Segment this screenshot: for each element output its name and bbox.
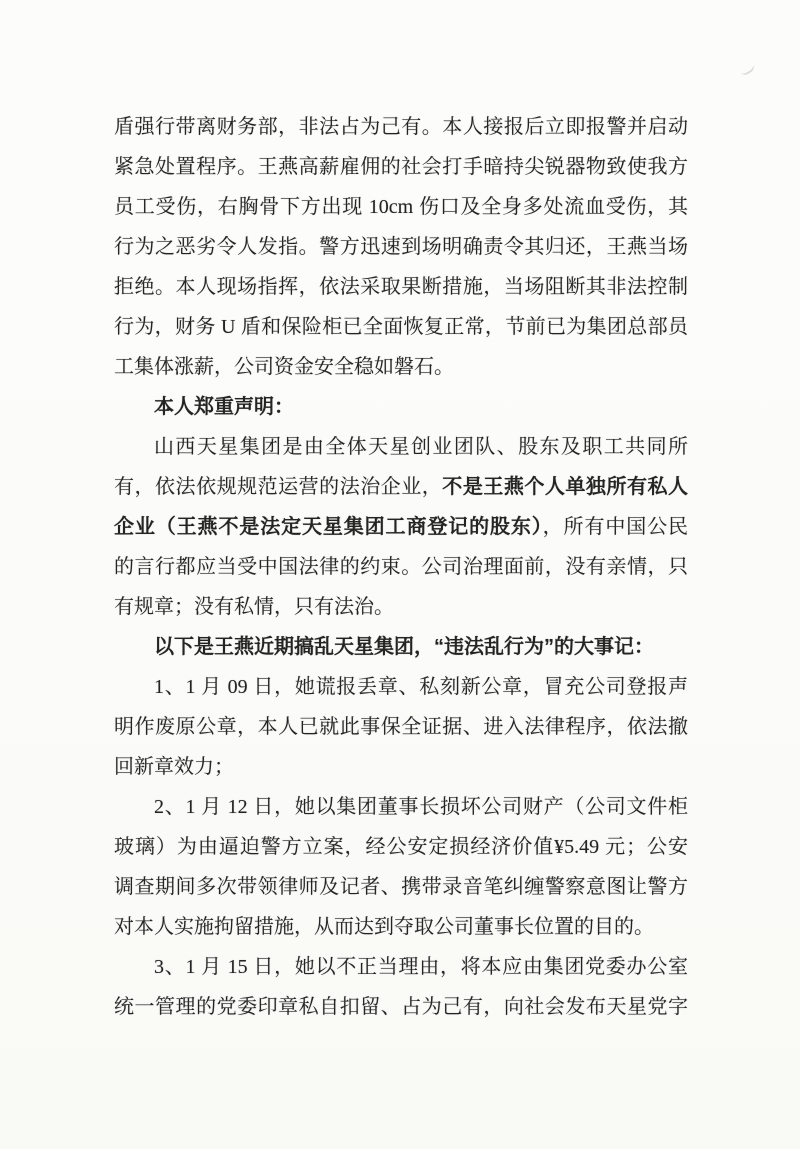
text-line: 盾强行带离财务部，非法占为己有。本人接报后立即报警并启动 bbox=[114, 107, 688, 147]
text-segment: 1、1 月 09 日，她谎报丢章、私刻新公章，冒充公司登报声 bbox=[154, 676, 688, 698]
bold-text-segment: 以下是王燕近期搞乱天星集团，“违法乱行为”的大事记： bbox=[154, 636, 654, 658]
text-line: 有规章；没有私情，只有法治。 bbox=[114, 587, 688, 627]
scratch-artifact bbox=[737, 59, 756, 77]
bold-text-segment: 不是王燕个人单独所有私人 bbox=[442, 476, 688, 498]
text-segment: 拒绝。本人现场指挥，依法采取果断措施，当场阻断其非法控制 bbox=[114, 276, 688, 298]
text-segment: 3、1 月 15 日，她以不正当理由，将本应由集团党委办公室 bbox=[154, 956, 688, 978]
text-line: 明作废原公章，本人已就此事保全证据、进入法律程序，依法撤 bbox=[114, 707, 688, 747]
text-segment: 员工受伤，右胸骨下方出现 10cm 伤口及全身多处流血受伤，其 bbox=[114, 196, 688, 218]
text-line: 的言行都应当受中国法律的约束。公司治理面前，没有亲情，只 bbox=[114, 547, 688, 587]
document-body: 盾强行带离财务部，非法占为己有。本人接报后立即报警并启动紧急处置程序。王燕高薪雇… bbox=[114, 107, 688, 1027]
document-page: 盾强行带离财务部，非法占为己有。本人接报后立即报警并启动紧急处置程序。王燕高薪雇… bbox=[0, 0, 800, 1149]
text-segment: 工集体涨薪，公司资金安全稳如磐石。 bbox=[114, 356, 454, 378]
text-line: 统一管理的党委印章私自扣留、占为己有，向社会发布天星党字 bbox=[114, 987, 688, 1027]
text-line: 回新章效力； bbox=[114, 747, 688, 787]
text-line: 拒绝。本人现场指挥，依法采取果断措施，当场阻断其非法控制 bbox=[114, 267, 688, 307]
text-segment: 紧急处置程序。王燕高薪雇佣的社会打手暗持尖锐器物致使我方 bbox=[114, 156, 688, 178]
text-segment: 的言行都应当受中国法律的约束。公司治理面前，没有亲情，只 bbox=[114, 556, 688, 578]
text-segment: 山西天星集团是由全体天星创业团队、股东及职工共同所 bbox=[154, 436, 688, 458]
text-line: 对本人实施拘留措施，从而达到夺取公司董事长位置的目的。 bbox=[114, 907, 688, 947]
text-segment: 回新章效力； bbox=[114, 756, 234, 778]
text-line: 以下是王燕近期搞乱天星集团，“违法乱行为”的大事记： bbox=[114, 627, 688, 667]
text-line: 行为之恶劣令人发指。警方迅速到场明确责令其归还，王燕当场 bbox=[114, 227, 688, 267]
text-segment: 对本人实施拘留措施，从而达到夺取公司董事长位置的目的。 bbox=[114, 916, 654, 938]
text-line: 玻璃）为由逼迫警方立案，经公安定损经济价值¥5.49 元；公安 bbox=[114, 827, 688, 867]
text-segment: 统一管理的党委印章私自扣留、占为己有，向社会发布天星党字 bbox=[114, 996, 688, 1018]
bold-text-segment: 本人郑重声明： bbox=[154, 396, 294, 418]
text-line: 工集体涨薪，公司资金安全稳如磐石。 bbox=[114, 347, 688, 387]
text-segment: 调查期间多次带领律师及记者、携带录音笔纠缠警察意图让警方 bbox=[114, 876, 688, 898]
text-line: 1、1 月 09 日，她谎报丢章、私刻新公章，冒充公司登报声 bbox=[114, 667, 688, 707]
text-segment: 明作废原公章，本人已就此事保全证据、进入法律程序，依法撤 bbox=[114, 716, 688, 738]
text-line: 调查期间多次带领律师及记者、携带录音笔纠缠警察意图让警方 bbox=[114, 867, 688, 907]
text-line: 员工受伤，右胸骨下方出现 10cm 伤口及全身多处流血受伤，其 bbox=[114, 187, 688, 227]
text-segment: 盾强行带离财务部，非法占为己有。本人接报后立即报警并启动 bbox=[114, 116, 688, 138]
text-segment: 玻璃）为由逼迫警方立案，经公安定损经济价值¥5.49 元；公安 bbox=[114, 836, 688, 858]
text-line: 山西天星集团是由全体天星创业团队、股东及职工共同所 bbox=[114, 427, 688, 467]
text-line: 有，依法依规规范运营的法治企业，不是王燕个人单独所有私人 bbox=[114, 467, 688, 507]
text-segment: 有规章；没有私情，只有法治。 bbox=[114, 596, 394, 618]
text-line: 3、1 月 15 日，她以不正当理由，将本应由集团党委办公室 bbox=[114, 947, 688, 987]
text-segment: ，所有中国公民 bbox=[543, 516, 688, 538]
text-segment: 有，依法依规规范运营的法治企业， bbox=[114, 476, 442, 498]
text-line: 企业（王燕不是法定天星集团工商登记的股东），所有中国公民 bbox=[114, 507, 688, 547]
text-line: 行为，财务 U 盾和保险柜已全面恢复正常，节前已为集团总部员 bbox=[114, 307, 688, 347]
text-line: 本人郑重声明： bbox=[114, 387, 688, 427]
text-segment: 行为，财务 U 盾和保险柜已全面恢复正常，节前已为集团总部员 bbox=[114, 316, 688, 338]
text-segment: 行为之恶劣令人发指。警方迅速到场明确责令其归还，王燕当场 bbox=[114, 236, 688, 258]
text-segment: 2、1 月 12 日，她以集团董事长损坏公司财产（公司文件柜 bbox=[154, 796, 688, 818]
bold-text-segment: 企业（王燕不是法定天星集团工商登记的股东） bbox=[114, 516, 543, 538]
text-line: 紧急处置程序。王燕高薪雇佣的社会打手暗持尖锐器物致使我方 bbox=[114, 147, 688, 187]
text-line: 2、1 月 12 日，她以集团董事长损坏公司财产（公司文件柜 bbox=[114, 787, 688, 827]
